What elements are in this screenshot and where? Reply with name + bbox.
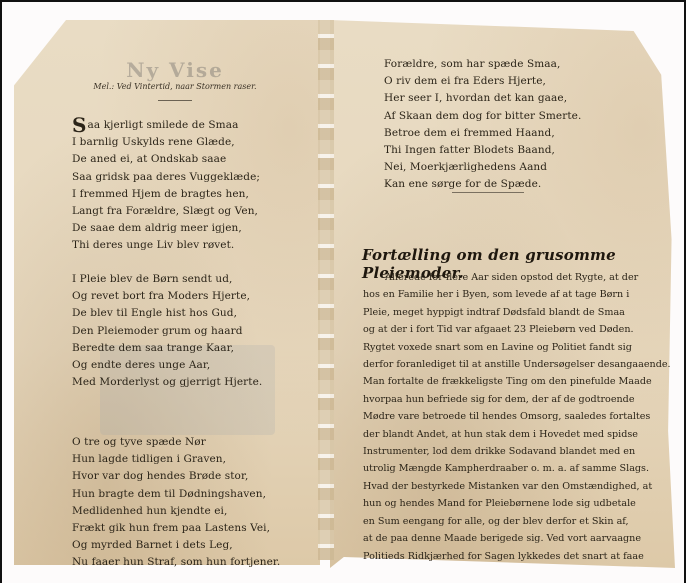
story-line: Politieds Ridkjærhed for Sagen lykkedes … [363,548,653,565]
verse-line: Hun bragte dem til Dødningshaven, [72,486,312,503]
verse-1: Saa kjerligt smilede de Smaa I barnlig U… [72,117,312,255]
story-line: Mødre vare betroede til hendes Omsorg, s… [363,408,653,425]
verse-line: Her seer I, hvordan det kan gaae, [384,90,624,107]
verse-line: Af Skaan dem dog for bitter Smerte. [384,108,624,125]
story-line: Pleie, meget hyppigt indtraf Dødsfald bl… [363,304,653,321]
verse-line: De saae dem aldrig meer igjen, [72,220,312,237]
verse-line: Saa gridsk paa deres Vuggeklæde; [72,169,312,186]
verse-line: I Pleie blev de Børn sendt ud, [72,271,312,288]
section-divider [452,192,524,193]
verse-line: Frækt gik hun frem paa Lastens Vei, [72,520,312,537]
verse-line: Nu faaer hun Straf, som hun fortjener. [72,554,312,571]
verse-line: Langt fra Forældre, Slægt og Ven, [72,203,312,220]
verse-line: Medlidenhed hun kjendte ei, [72,503,312,520]
story-line: Instrumenter, lod dem drikke Sodavand bl… [363,443,653,460]
verse-4: Forældre, som har spæde Smaa, O riv dem … [384,56,624,194]
verse-line: O riv dem ei fra Eders Hjerte, [384,73,624,90]
verse-line: I barnlig Uskylds rene Glæde, [72,134,312,151]
verse-2: I Pleie blev de Børn sendt ud, Og revet … [72,271,312,391]
verse-line: De aned ei, at Ondskab saae [72,151,312,168]
verse-line: Og endte deres unge Aar, [72,357,312,374]
story-line: Allerede for flere Aar siden opstod det … [363,269,653,286]
verse-line: I fremmed Hjem de bragtes hen, [72,186,312,203]
story-body: Allerede for flere Aar siden opstod det … [363,269,653,565]
image-border-top [0,0,686,2]
verse-line: Hun lagde tidligen i Graven, [72,451,312,468]
verse-line: Og myrded Barnet i dets Leg, [72,537,312,554]
story-line: en Sum eengang for alle, og der blev der… [363,513,653,530]
verse-line: Thi Ingen fatter Blodets Baand, [384,142,624,159]
verse-line: Betroe dem ei fremmed Haand, [384,125,624,142]
verse-line: Med Morderlyst og gjerrigt Hjerte. [72,374,312,391]
verse-line: Beredte dem saa trange Kaar, [72,340,312,357]
melody-line: Mel.: Ved Vintertid, naar Stormen raser. [60,82,290,91]
story-line: derfor foranlediget til at anstille Unde… [363,356,653,373]
story-line: hun og hendes Mand for Pleiebørnene lode… [363,495,653,512]
story-line: Hvad der bestyrkede Mistanken var den Om… [363,478,653,495]
verse-line: Nei, Moerkjærlighedens Aand [384,159,624,176]
story-line: utrolig Mængde Kampherdraaber o. m. a. a… [363,460,653,477]
story-line: og at der i fort Tid var afgaaet 23 Plei… [363,321,653,338]
story-line: Man fortalte de frækkeligste Ting om den… [363,373,653,390]
image-border-left [0,0,2,583]
story-line: der blandt Andet, at hun stak dem i Hove… [363,426,653,443]
verse-line: Thi deres unge Liv blev røvet. [72,237,312,254]
song-heading: Ny Vise [105,58,245,82]
drop-cap: S [72,117,87,134]
story-line: hvorpaa hun befriede sig for dem, der af… [363,391,653,408]
ornament-rule [158,100,192,101]
torn-spine [318,20,334,560]
story-line: Rygtet voxede snart som en Lavine og Pol… [363,339,653,356]
verse-line: Forældre, som har spæde Smaa, [384,56,624,73]
verse-line: Den Pleiemoder grum og haard [72,323,312,340]
story-line: hos en Familie her i Byen, som levede af… [363,286,653,303]
verse-line: O tre og tyve spæde Nør [72,434,312,451]
verse-line: Saa kjerligt smilede de Smaa [72,117,312,134]
story-line: at de paa denne Maade berigede sig. Ved … [363,530,653,547]
verse-line: Hvor var dog hendes Brøde stor, [72,468,312,485]
verse-3: O tre og tyve spæde Nør Hun lagde tidlig… [72,434,312,572]
verse-line: Og revet bort fra Moders Hjerte, [72,288,312,305]
verse-line: De blev til Engle hist hos Gud, [72,305,312,322]
